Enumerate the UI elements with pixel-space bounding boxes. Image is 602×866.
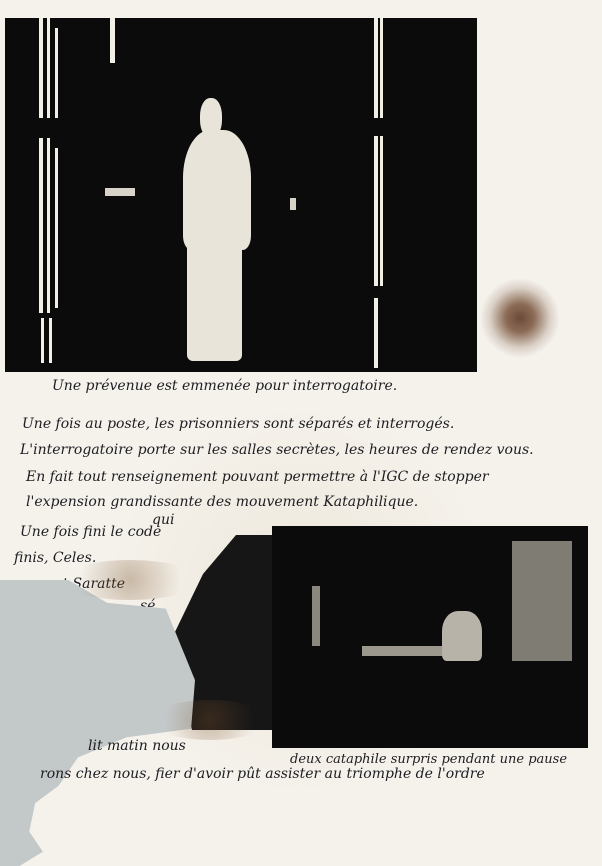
photo-caption-1: Une prévenue est emmenée pour interrogat… <box>52 378 397 394</box>
text-line: l'expension grandissante des mouvement K… <box>26 494 418 510</box>
figure-legs <box>187 243 242 361</box>
scorch-mark <box>150 700 270 740</box>
photo-detail <box>312 586 320 646</box>
wall-light-stripe <box>39 18 43 118</box>
wall-light-stripe <box>110 18 115 63</box>
figure-torso <box>183 130 251 250</box>
wall-light-stripe <box>55 148 58 308</box>
wall-light-stripe <box>49 318 52 363</box>
guard-detail <box>290 198 296 210</box>
wall-light-stripe <box>39 138 43 313</box>
photo-caption-2: deux cataphile surpris pendant une pause <box>290 752 567 767</box>
wall-light-stripe <box>374 18 378 118</box>
text-line: finis, Celes. <box>14 550 96 566</box>
text-line: L'interrogatoire porte sur les salles se… <box>20 442 534 458</box>
scorch-mark <box>60 560 200 600</box>
photo-detail <box>362 646 442 656</box>
text-line: lit matin nous <box>88 738 186 754</box>
wall-light-stripe <box>47 18 50 118</box>
wall-light-stripe <box>374 136 378 286</box>
text-line: En fait tout renseignement pouvant perme… <box>26 469 489 485</box>
guard-belt <box>105 188 135 196</box>
wall-light-stripe <box>380 136 383 286</box>
photo-corridor <box>5 18 477 372</box>
photo-detail <box>512 541 572 661</box>
text-line: rons chez nous, fier d'avoir pût assiste… <box>40 766 485 782</box>
wall-light-stripe <box>41 318 44 363</box>
text-line: Une fois fini le code <box>20 524 161 540</box>
seated-person <box>442 611 482 661</box>
text-line: Une fois au poste, les prisonniers sont … <box>22 416 454 432</box>
wall-light-stripe <box>374 298 378 368</box>
wall-light-stripe <box>47 138 50 313</box>
photo-cataphiles <box>272 526 588 748</box>
wall-light-stripe <box>55 28 58 118</box>
wall-light-stripe <box>380 18 383 118</box>
